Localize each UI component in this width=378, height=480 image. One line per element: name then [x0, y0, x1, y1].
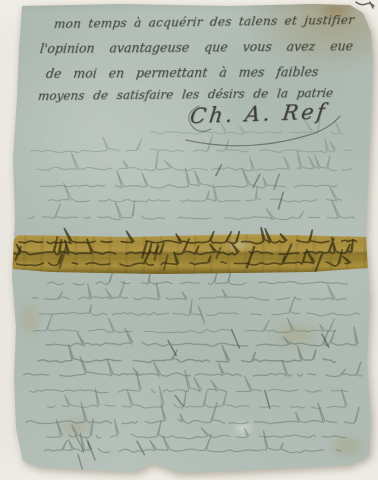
- tape-strip: [10, 232, 372, 274]
- paper-shadow: mon temps à acquérir des talens et justi…: [0, 0, 378, 480]
- letter-paper: mon temps à acquérir des talens et justi…: [0, 0, 378, 480]
- handwriting-line-1: mon temps à acquérir des talens et justi…: [53, 13, 355, 31]
- tape-seam: [10, 252, 372, 255]
- letter-photograph: mon temps à acquérir des talens et justi…: [0, 0, 378, 480]
- handwriting-line-2: l'opinion avantageuse que vous avez eue: [39, 38, 354, 56]
- signature: Ch. A. Ref: [189, 100, 329, 129]
- handwriting-line-3: de moi en permettant à mes faibles: [45, 64, 319, 81]
- tape-worn-patch: [222, 238, 256, 252]
